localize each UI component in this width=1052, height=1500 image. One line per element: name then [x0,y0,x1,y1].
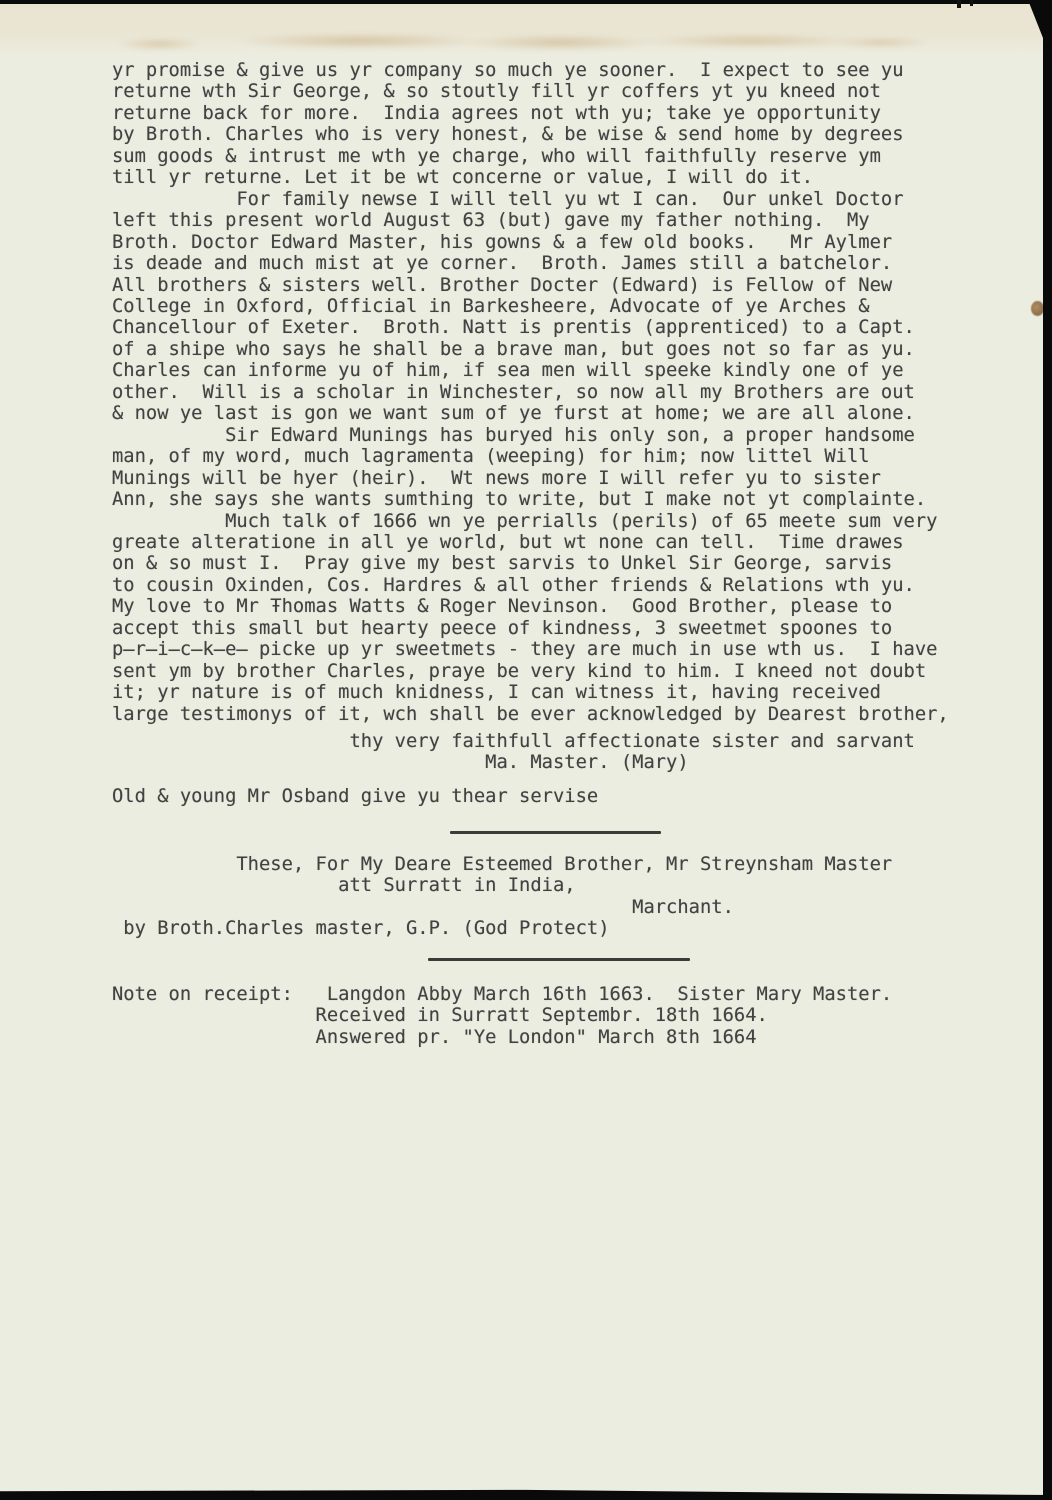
letter-body: yr promise & give us yr company so much … [112,60,949,725]
letter-closing-signature: thy very faithfull affectionate sister a… [112,731,915,774]
separator-rule-top [450,831,661,834]
letter-postscript: Old & young Mr Osband give yu thear serv… [112,786,598,807]
scan-mark-tick [957,0,961,8]
separator-rule-bottom [428,958,690,961]
scan-edge-right [1043,0,1052,1500]
scan-edge-bottom [0,1489,1052,1500]
receipt-note-block: Note on receipt: Langdon Abby March 16th… [112,984,892,1048]
letter-page: yr promise & give us yr company so much … [0,0,1052,1500]
address-endorsement-block: These, For My Deare Esteemed Brother, Mr… [112,854,892,940]
bleed-through-stain [55,26,925,56]
scan-mark-tick [970,0,973,6]
scan-edge-top [0,0,1052,4]
